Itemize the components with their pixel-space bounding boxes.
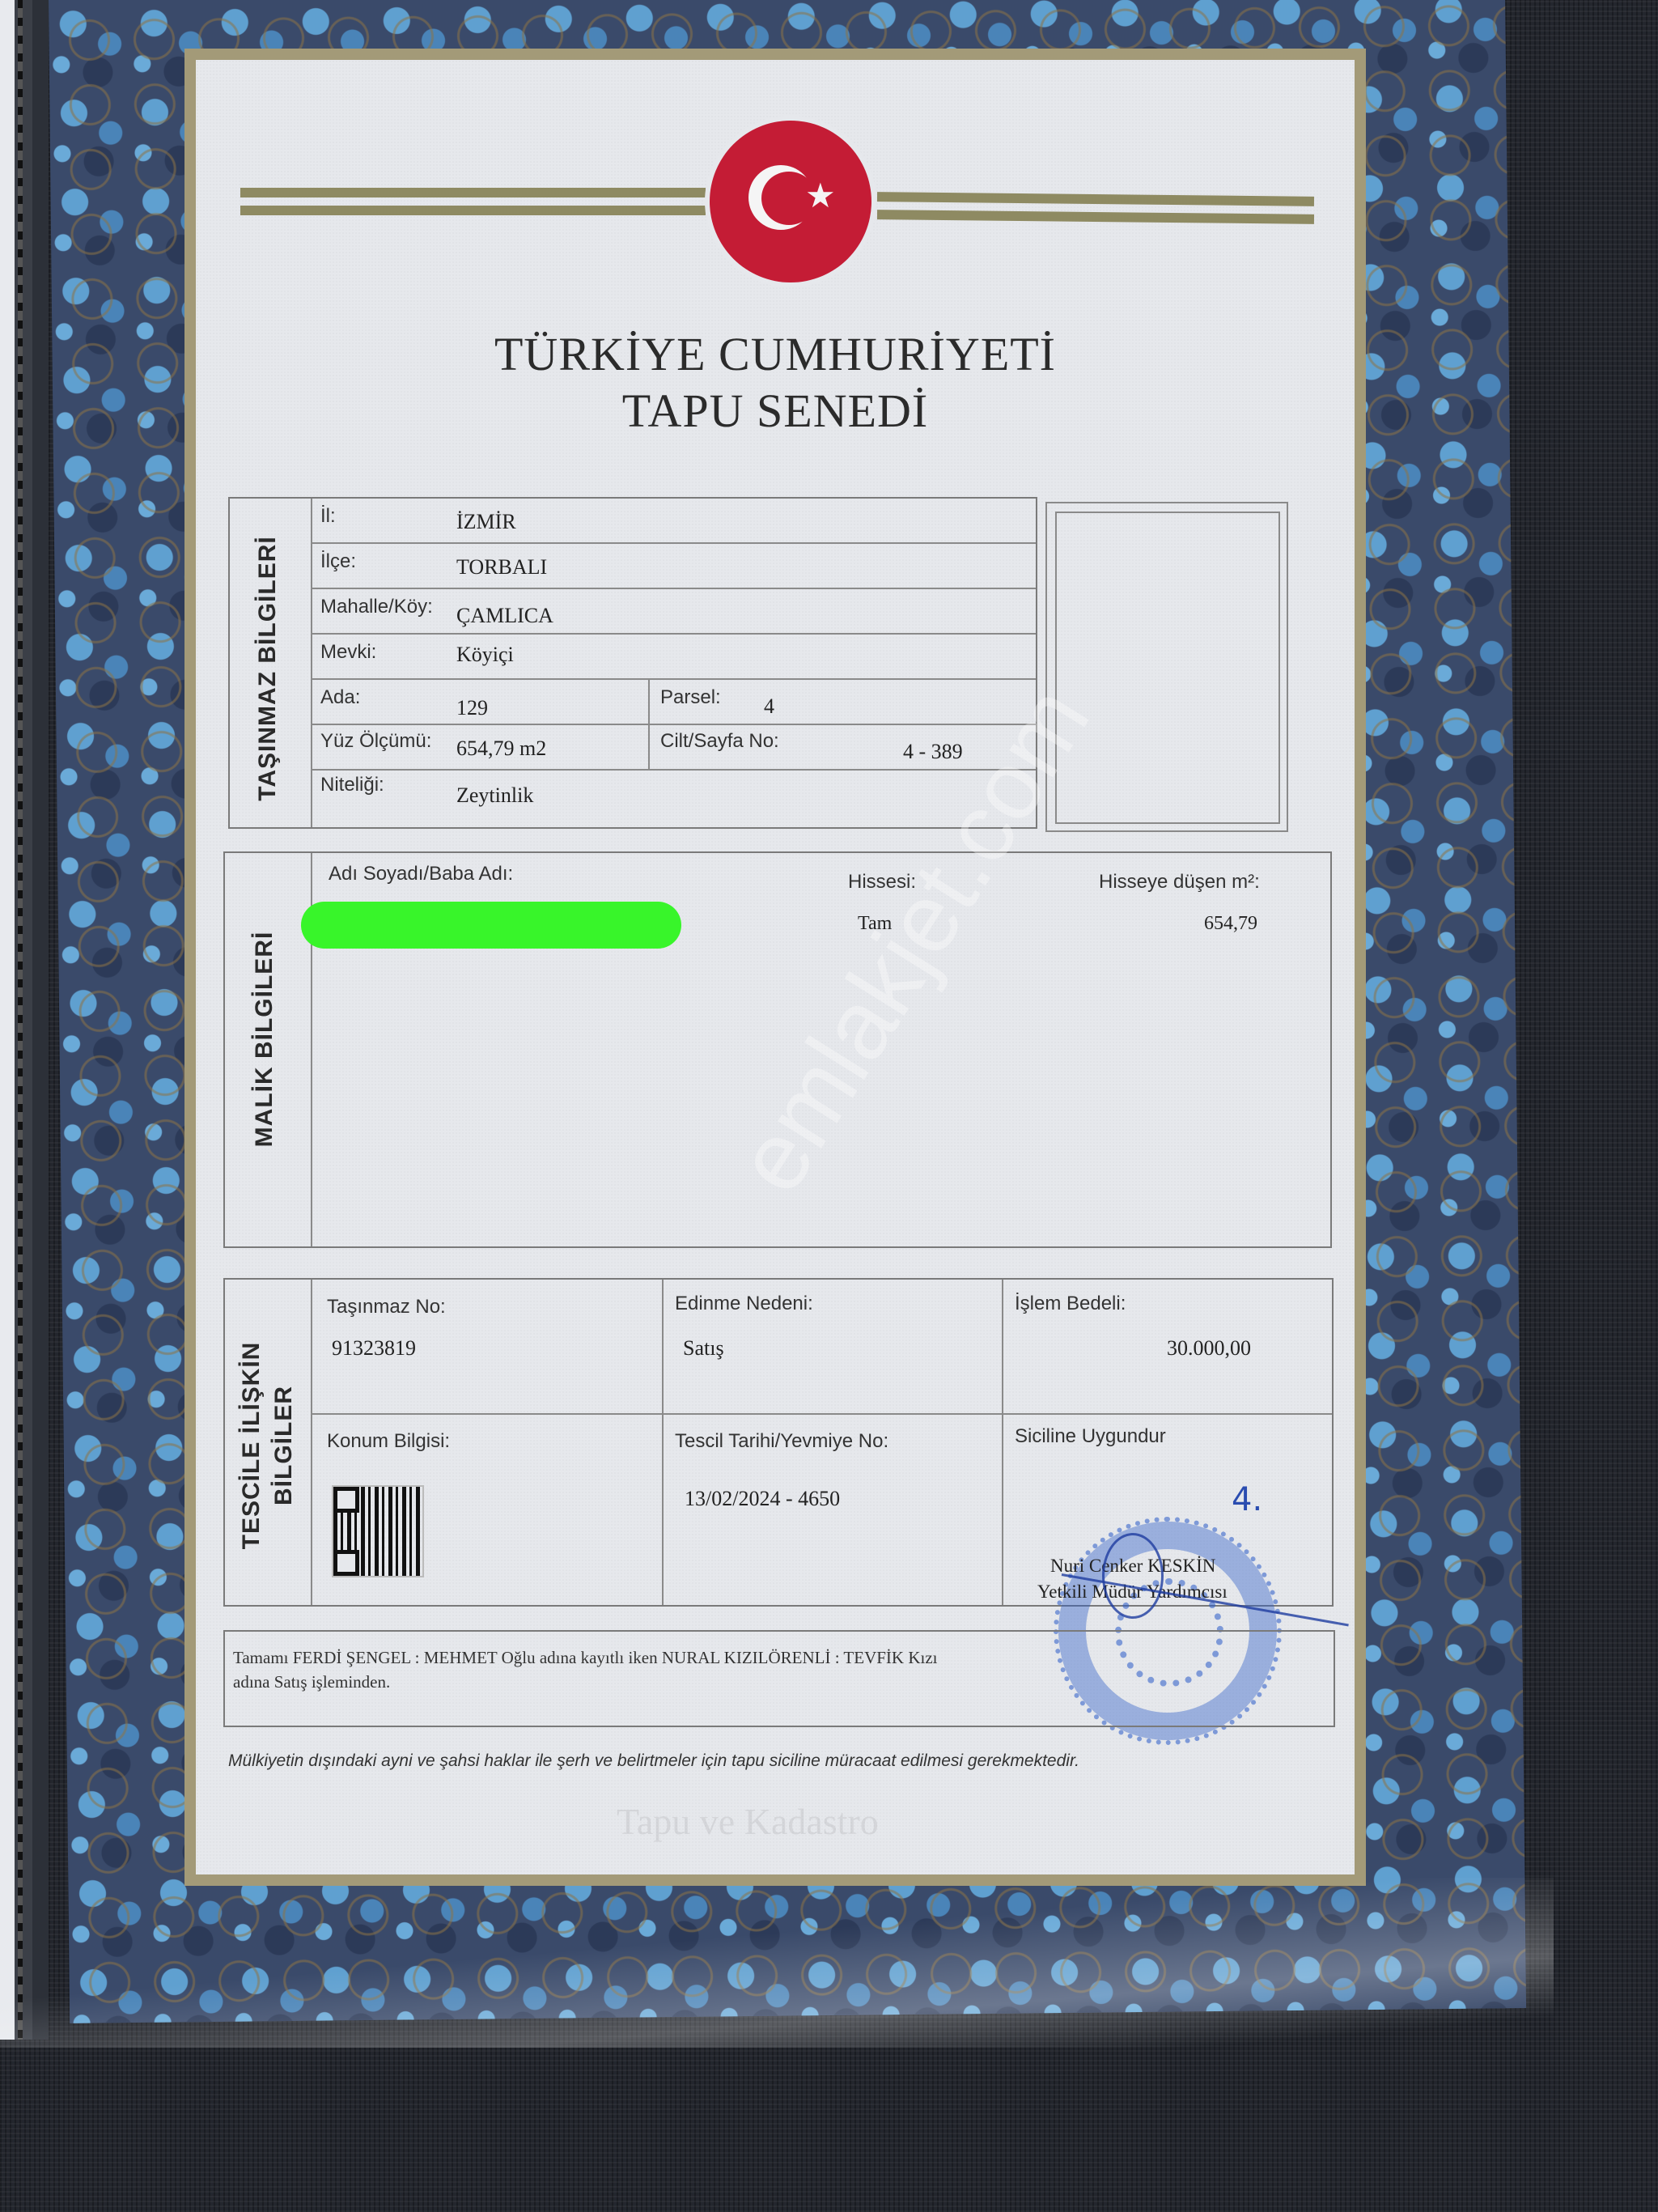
ilce-value: TORBALI (456, 555, 547, 580)
gold-rule-right-top (877, 192, 1314, 206)
cilt-label: Cilt/Sayfa No: (660, 730, 779, 753)
turkish-flag-emblem-icon: ★ (710, 121, 871, 282)
owner-name-label: Adı Soyadı/Baba Adı: (329, 863, 513, 885)
il-value: İZMİR (456, 510, 516, 534)
bedel-value: 30.000,00 (1167, 1336, 1251, 1361)
tasinmaz-fields: İl: İZMİR İlçe: TORBALI Mahalle/Köy: ÇAM… (312, 499, 1036, 827)
signature-loop (1102, 1533, 1164, 1619)
sicil-label: Siciline Uygundur (1015, 1425, 1166, 1448)
bedel-label: İşlem Bedeli: (1015, 1293, 1126, 1315)
gold-rule-left-bottom (240, 206, 706, 215)
share-m2-value: 654,79 (1204, 913, 1257, 935)
share-m2-label: Hisseye düşen m²: (1099, 871, 1260, 894)
nitelik-label: Niteliği: (320, 774, 384, 796)
malik-section-label: MALİK BİLGİLERİ (251, 926, 278, 1153)
konum-label: Konum Bilgisi: (327, 1430, 450, 1453)
row-mevki: Mevki: Köyiçi (312, 635, 1036, 680)
il-label: İl: (320, 505, 336, 528)
tescil-section-label-2: BİLGİLER (270, 1336, 298, 1555)
legal-footer-note: Mülkiyetin dışındaki ayni ve şahsi hakla… (228, 1751, 1079, 1771)
tasinmaz-no-label: Taşınmaz No: (327, 1296, 446, 1318)
title-document: TAPU SENEDİ (196, 384, 1355, 438)
edinme-label: Edinme Nedeni: (675, 1293, 813, 1315)
ilce-label: İlçe: (320, 550, 356, 573)
tasinmaz-no-value: 91323819 (332, 1336, 416, 1361)
ada-label: Ada: (320, 686, 360, 709)
parsel-value: 4 (764, 694, 774, 719)
mevki-value: Köyiçi (456, 643, 514, 667)
tescil-section-label-1: TESCİLE İLİŞKİN (238, 1336, 265, 1555)
title-deed-paper: ★ TÜRKİYE CUMHURİYETİ TAPU SENEDİ TAŞINM… (184, 49, 1366, 1886)
document-sleeve (0, 0, 49, 2040)
tasinmaz-section: TAŞINMAZ BİLGİLERİ İl: İZMİR İlçe: TORBA… (228, 497, 1037, 829)
owner-name-redaction (301, 902, 681, 949)
parsel-label: Parsel: (660, 686, 721, 709)
row-ada-parsel: Ada: 129 Parsel: 4 (312, 680, 1036, 725)
crescent-icon (748, 165, 813, 230)
mevki-label: Mevki: (320, 641, 376, 664)
description-line-1: Tamamı FERDİ ŞENGEL : MEHMET Oğlu adına … (233, 1648, 938, 1668)
agency-faint-mark: Tapu ve Kadastro (617, 1800, 879, 1843)
transaction-description-box: Tamamı FERDİ ŞENGEL : MEHMET Oğlu adına … (223, 1630, 1335, 1727)
tescil-tarihi-label: Tescil Tarihi/Yevmiye No: (675, 1430, 888, 1453)
row-mahalle: Mahalle/Köy: ÇAMLICA (312, 589, 1036, 635)
share-label: Hissesi: (848, 871, 916, 894)
tasinmaz-section-label: TAŞINMAZ BİLGİLERİ (254, 531, 282, 806)
title-country: TÜRKİYE CUMHURİYETİ (196, 327, 1355, 381)
share-value: Tam (858, 913, 892, 935)
row-ilce: İlçe: TORBALI (312, 544, 1036, 589)
yuzolcumu-label: Yüz Ölçümü: (320, 730, 431, 753)
cilt-value: 4 - 389 (903, 740, 963, 764)
nitelik-value: Zeytinlik (456, 783, 533, 808)
edinme-value: Satış (683, 1336, 724, 1361)
tescil-tarihi-value: 13/02/2024 - 4650 (685, 1487, 840, 1511)
plastic-sleeve-gloss (0, 1878, 1554, 2048)
ada-value: 129 (456, 696, 488, 720)
star-icon: ★ (805, 179, 836, 213)
location-qr-code-icon[interactable] (333, 1487, 422, 1576)
yuzolcumu-value: 654,79 m2 (456, 737, 546, 761)
row-nitelik: Niteliği: Zeytinlik (312, 771, 1036, 827)
row-yuzolcumu-cilt: Yüz Ölçümü: 654,79 m2 Cilt/Sayfa No: 4 -… (312, 725, 1036, 771)
description-line-2: adına Satış işleminden. (233, 1672, 390, 1692)
gold-rule-left-top (240, 188, 706, 197)
mahalle-label: Mahalle/Köy: (320, 596, 433, 618)
mahalle-value: ÇAMLICA (456, 604, 553, 628)
photo-placeholder-outer (1045, 502, 1288, 832)
signature-mark: 4. (1232, 1481, 1262, 1518)
photo-placeholder-inner (1055, 512, 1280, 824)
gold-rule-right-bottom (877, 210, 1314, 224)
row-il: İl: İZMİR (312, 499, 1036, 544)
